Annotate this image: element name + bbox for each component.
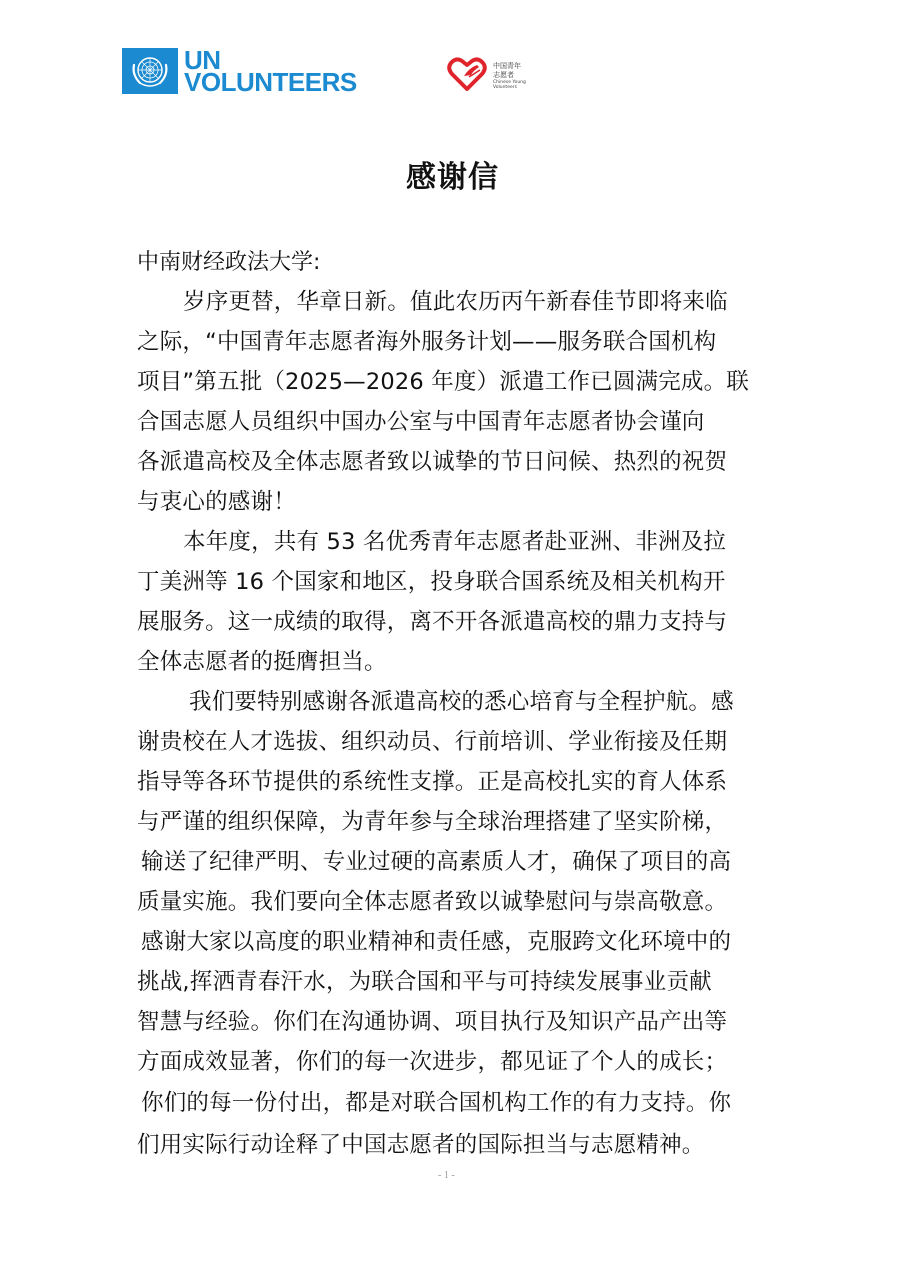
body-line: 质量实施。我们要向全体志愿者致以诚挚慰问与崇高敬意。 <box>137 882 777 922</box>
un-wordmark-line2: VOLUNTEERS <box>184 71 357 93</box>
body-line: 与衷心的感谢！ <box>137 482 777 522</box>
un-volunteers-logo: UN VOLUNTEERS <box>122 48 357 94</box>
body-line: 智慧与经验。你们在沟通协调、项目执行及知识产品产出等 <box>137 1002 777 1042</box>
cyv-zh-line1: 中国青年 <box>493 62 526 71</box>
un-emblem-icon <box>122 48 178 94</box>
body-line: 各派遣高校及全体志愿者致以诚挚的节日问候、热烈的祝贺 <box>137 442 777 482</box>
body-line: 与严谨的组织保障，为青年参与全球治理搭建了坚实阶梯， <box>137 802 777 842</box>
body-line: 方面成效显著，你们的每一次进步，都见证了个人的成长； <box>137 1042 777 1082</box>
body-line: 们用实际行动诠释了中国志愿者的国际担当与志愿精神。 <box>137 1124 777 1166</box>
letter-body: 岁序更替，华章日新。值此农历丙午新春佳节即将来临 之际，“中国青年志愿者海外服务… <box>137 282 777 1166</box>
letter-salutation: 中南财经政法大学: <box>137 248 320 278</box>
body-line: 感谢大家以高度的职业精神和责任感，克服跨文化环境中的 <box>137 922 777 962</box>
body-line: 之际，“中国青年志愿者海外服务计划——服务联合国机构 <box>137 322 777 362</box>
page-number: - 1 - <box>438 1170 455 1181</box>
cyv-en-line2: Volunteers <box>493 85 526 90</box>
body-line: 展服务。这一成绩的取得，离不开各派遣高校的鼎力支持与 <box>137 602 777 642</box>
body-line: 岁序更替，华章日新。值此农历丙午新春佳节即将来临 <box>137 282 777 322</box>
cyv-zh-line2: 志愿者 <box>493 71 526 80</box>
body-line: 本年度，共有 53 名优秀青年志愿者赴亚洲、非洲及拉 <box>137 522 777 562</box>
body-line: 全体志愿者的挺膺担当。 <box>137 642 777 682</box>
body-line: 丁美洲等 16 个国家和地区，投身联合国系统及相关机构开 <box>137 562 777 602</box>
body-line: 你们的每一份付出，都是对联合国机构工作的有力支持。你 <box>137 1082 777 1124</box>
heart-hand-icon <box>447 56 487 96</box>
letter-title: 感谢信 <box>0 152 905 196</box>
body-line: 项目”第五批（2025—2026 年度）派遣工作已圆满完成。联 <box>137 362 777 402</box>
body-line: 输送了纪律严明、专业过硬的高素质人才，确保了项目的高 <box>137 842 777 882</box>
body-line: 合国志愿人员组织中国办公室与中国青年志愿者协会谨向 <box>137 402 777 442</box>
body-line: 指导等各环节提供的系统性支撑。正是高校扎实的育人体系 <box>137 762 777 802</box>
letterhead: UN VOLUNTEERS 中国青年 志愿者 Chinese Young Vol… <box>122 48 562 98</box>
cyv-wordmark: 中国青年 志愿者 Chinese Young Volunteers <box>493 62 526 90</box>
chinese-young-volunteers-logo: 中国青年 志愿者 Chinese Young Volunteers <box>447 56 526 96</box>
body-line: 谢贵校在人才选拔、组织动员、行前培训、学业衔接及任期 <box>137 722 777 762</box>
body-line: 我们要特别感谢各派遣高校的悉心培育与全程护航。感 <box>137 682 777 722</box>
body-line: 挑战,挥洒青春汗水，为联合国和平与可持续发展事业贡献 <box>137 962 777 1002</box>
un-volunteers-wordmark: UN VOLUNTEERS <box>184 49 357 93</box>
